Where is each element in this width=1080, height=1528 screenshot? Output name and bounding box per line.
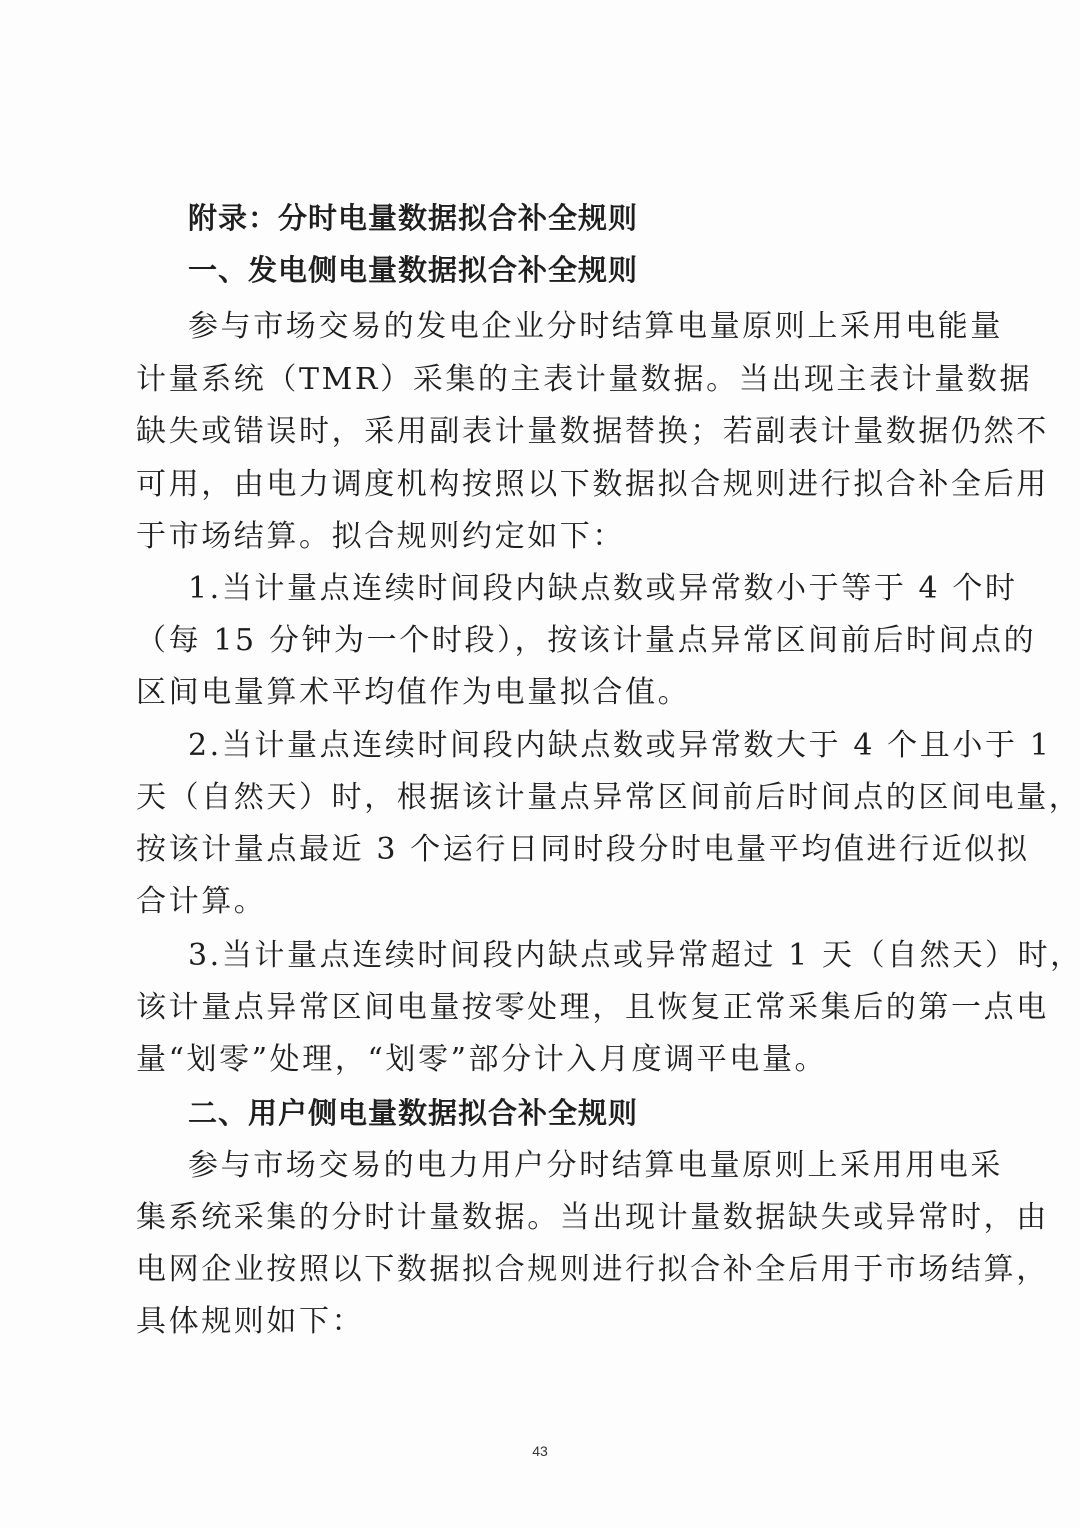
paragraph-line: 电网企业按照以下数据拟合规则进行拟合补全后用于市场结算， (136, 1250, 926, 1290)
rule1-line: 区间电量算术平均值作为电量拟合值。 (136, 673, 926, 713)
paragraph-line: 缺失或错误时，采用副表计量数据替换；若副表计量数据仍然不 (136, 412, 926, 452)
paragraph-line: 集系统采集的分时计量数据。当出现计量数据缺失或异常时，由 (136, 1198, 926, 1238)
paragraph-line: 于市场结算。拟合规则约定如下： (136, 517, 926, 557)
paragraph-line: 具体规则如下： (136, 1302, 926, 1342)
rule1-line: （每 15 分钟为一个时段），按该计量点异常区间前后时间点的 (136, 621, 926, 661)
paragraph-line: 可用，由电力调度机构按照以下数据拟合规则进行拟合补全后用 (136, 465, 926, 505)
paragraph-line: 参与市场交易的发电企业分时结算电量原则上采用电能量 (188, 307, 978, 347)
paragraph-line: 计量系统（TMR）采集的主表计量数据。当出现主表计量数据 (136, 360, 926, 400)
rule3-line: 该计量点异常区间电量按零处理，且恢复正常采集后的第一点电 (136, 988, 926, 1028)
appendix-title: 附录：分时电量数据拟合补全规则 (188, 198, 978, 238)
rule2-line: 按该计量点最近 3 个运行日同时段分时电量平均值进行近似拟 (136, 830, 926, 870)
rule1-line: 1.当计量点连续时间段内缺点数或异常数小于等于 4 个时 (188, 569, 978, 609)
rule3-line: 3.当计量点连续时间段内缺点或异常超过 1 天（自然天）时， (188, 936, 978, 976)
rule3-line: 量“划零”处理，“划零”部分计入月度调平电量。 (136, 1040, 926, 1080)
rule2-line: 合计算。 (136, 882, 926, 922)
rule2-line: 2.当计量点连续时间段内缺点数或异常数大于 4 个且小于 1 (188, 726, 978, 766)
section1-heading: 一、发电侧电量数据拟合补全规则 (188, 250, 978, 290)
rule2-line: 天（自然天）时，根据该计量点异常区间前后时间点的区间电量， (136, 778, 926, 818)
paragraph-line: 参与市场交易的电力用户分时结算电量原则上采用用电采 (188, 1146, 978, 1186)
page-number: 43 (0, 1443, 1080, 1459)
section2-heading: 二、用户侧电量数据拟合补全规则 (188, 1093, 978, 1133)
